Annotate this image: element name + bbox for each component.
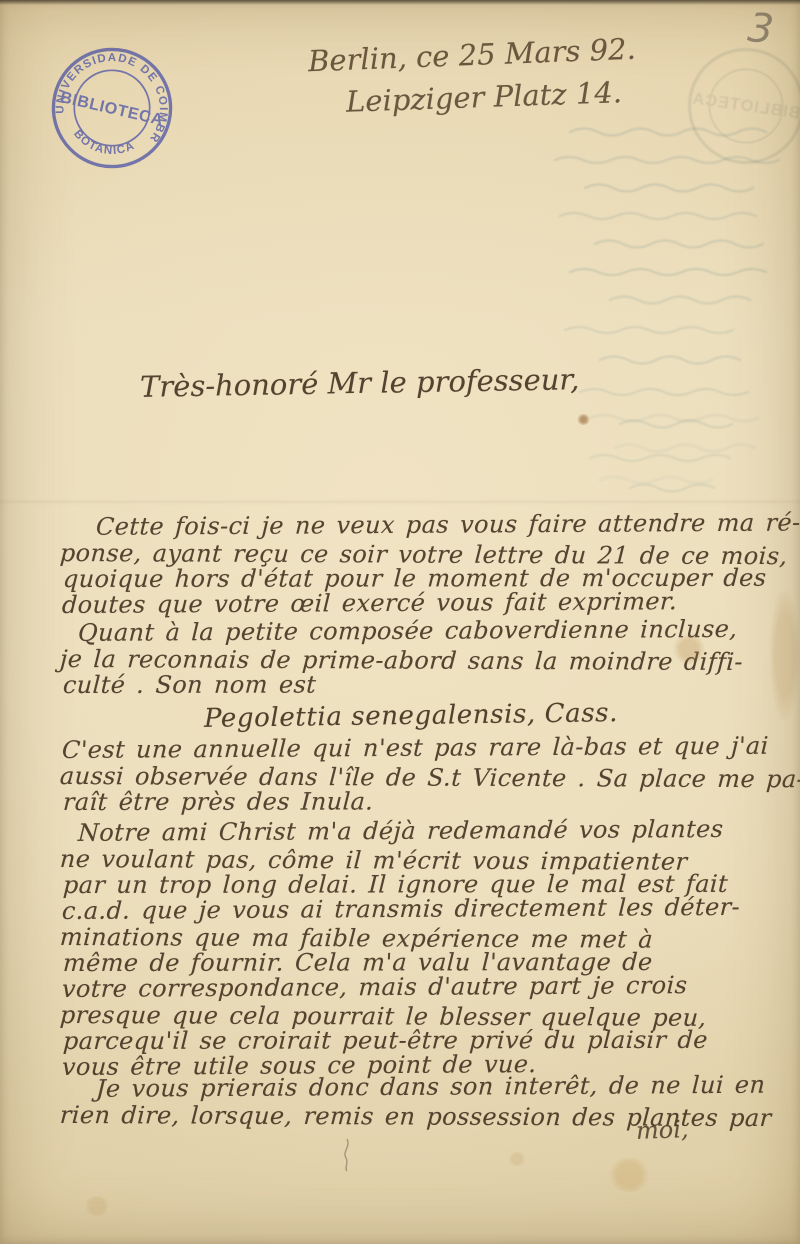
letter-page: BIBLIOTECA UNIVERSIDADE DE COIMBRA · BOT…	[0, 0, 800, 1244]
letter-line: votre correspondance, mais d'autre part …	[61, 972, 774, 1002]
species-name: Pegolettia senegalensis, Cass.	[204, 698, 618, 734]
letter-line: raît être près des Inula.	[62, 788, 775, 815]
edge-stain	[770, 590, 800, 720]
paragraph-3: C'est une annuelle qui n'est pas rare là…	[62, 737, 774, 815]
paragraph-2: Quant à la petite composée caboverdienne…	[62, 620, 774, 698]
foxing-stain	[508, 1152, 526, 1166]
svg-text:BIBLIOTECA: BIBLIOTECA	[59, 88, 166, 129]
paragraph-4: Notre ami Christ m'a déjà redemandé vos …	[62, 820, 774, 1080]
fiber-mark	[340, 1138, 354, 1172]
letter-line: doutes que votre œil exercé vous fait ex…	[61, 588, 774, 618]
svg-text:· BOTANICA ·: · BOTANICA ·	[32, 26, 165, 164]
letter-line: C'est une annuelle qui n'est pas rare là…	[61, 733, 774, 763]
paragraph-1: Cette fois-ci je ne veux pas vous faire …	[62, 514, 774, 618]
letter-line: Cette fois-ci je ne veux pas vous faire …	[61, 510, 774, 540]
dateline: Berlin, ce 25 Mars 92.	[307, 32, 636, 79]
letter-line: c.a.d. que je vous ai transmis directeme…	[61, 894, 774, 924]
letter-line: rien dire, lorsque, remis en possession …	[59, 1102, 772, 1131]
fold-crease	[0, 501, 800, 504]
foxing-stain	[84, 1196, 110, 1216]
svg-text:BIBLIOTECA: BIBLIOTECA	[691, 90, 800, 123]
stamp-bleedthrough: BIBLIOTECA	[669, 29, 800, 183]
bleedthrough-writing-lower	[560, 400, 800, 510]
library-stamp: UNIVERSIDADE DE COIMBRA · BOTANICA · BIB…	[30, 26, 193, 189]
letter-line: Quant à la petite composée caboverdienne…	[61, 616, 774, 646]
page-number: 3	[746, 5, 776, 53]
letter-line: Je vous prierais donc dans son interêt, …	[61, 1072, 774, 1102]
foxing-stain	[608, 1158, 650, 1192]
letter-line: Notre ami Christ m'a déjà redemandé vos …	[61, 816, 774, 846]
letter-line: culté . Son nom est	[62, 671, 775, 698]
paragraph-5: Je vous prierais donc dans son interêt, …	[62, 1076, 774, 1128]
